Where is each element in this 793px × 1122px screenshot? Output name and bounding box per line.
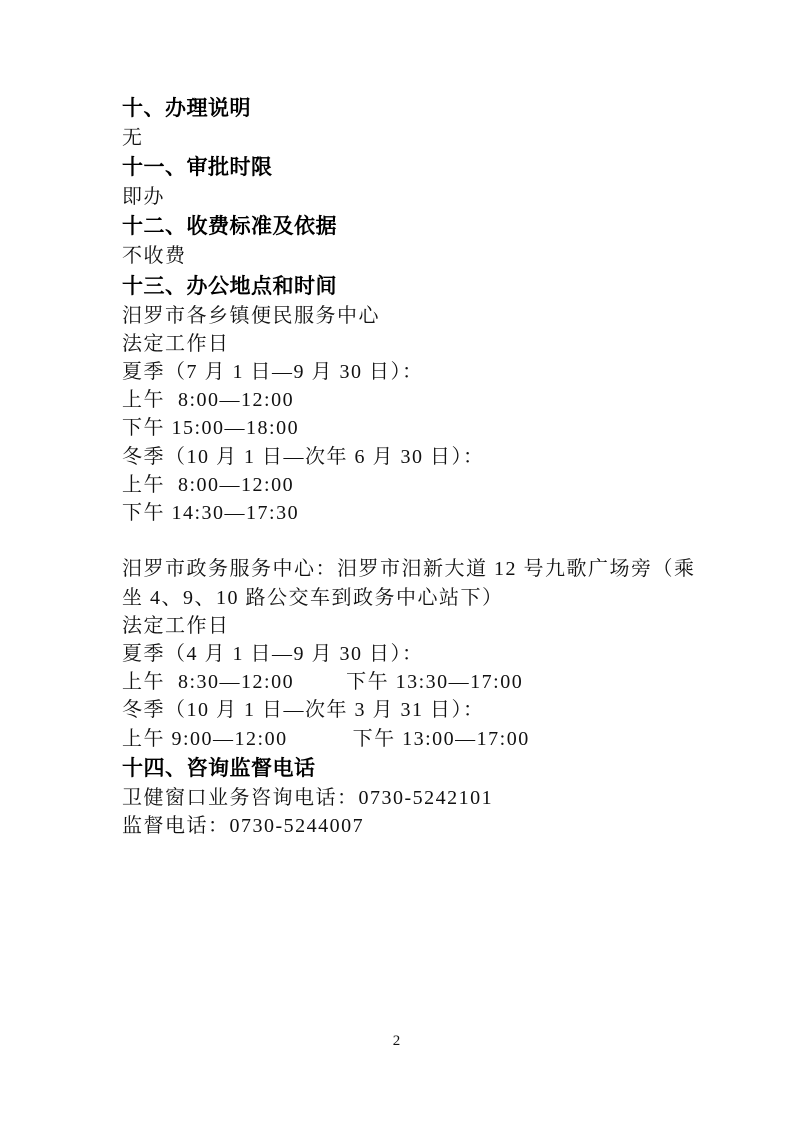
doc-line: 上午 8:00—12:00 [122,471,697,499]
doc-line: 上午 9:00—12:00 下午 13:00—17:00 [122,725,697,753]
doc-heading: 十、办理说明 [122,93,697,124]
doc-heading: 十四、咨询监督电话 [122,753,697,784]
doc-heading: 十三、办公地点和时间 [122,271,697,302]
doc-line [122,527,697,555]
doc-line: 冬季（10 月 1 日—次年 3 月 31 日）： [122,696,697,724]
doc-line: 汨罗市政务服务中心：汨罗市汨新大道 12 号九歌广场旁（乘 [122,555,697,583]
doc-line: 卫健窗口业务咨询电话：0730-5242101 [122,784,697,812]
doc-line: 下午 15:00—18:00 [122,414,697,442]
page-number: 2 [0,1031,793,1051]
doc-line: 法定工作日 [122,612,697,640]
doc-line: 即办 [122,183,697,211]
doc-line: 下午 14:30—17:30 [122,499,697,527]
doc-line: 汨罗市各乡镇便民服务中心 [122,302,697,330]
doc-line: 上午 8:00—12:00 [122,386,697,414]
doc-line: 法定工作日 [122,330,697,358]
document-page: 十、办理说明无十一、审批时限即办十二、收费标准及依据不收费十三、办公地点和时间汨… [0,0,793,1122]
doc-line: 夏季（7 月 1 日—9 月 30 日）： [122,358,697,386]
doc-line: 坐 4、9、10 路公交车到政务中心站下） [122,584,697,612]
doc-line: 冬季（10 月 1 日—次年 6 月 30 日）： [122,443,697,471]
document-body: 十、办理说明无十一、审批时限即办十二、收费标准及依据不收费十三、办公地点和时间汨… [122,93,697,840]
doc-line: 夏季（4 月 1 日—9 月 30 日）： [122,640,697,668]
doc-heading: 十二、收费标准及依据 [122,211,697,242]
doc-line: 无 [122,124,697,152]
doc-line: 监督电话：0730-5244007 [122,812,697,840]
doc-line: 上午 8:30—12:00 下午 13:30—17:00 [122,668,697,696]
doc-line: 不收费 [122,242,697,270]
doc-heading: 十一、审批时限 [122,152,697,183]
